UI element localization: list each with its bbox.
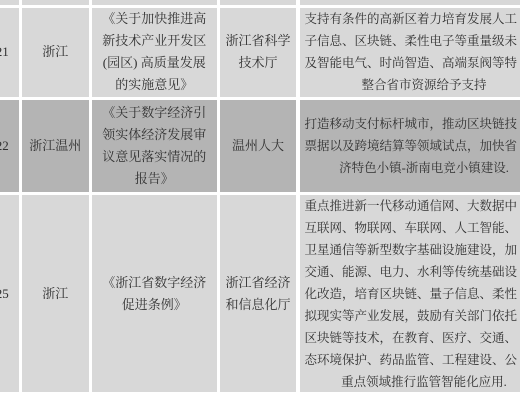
partial-row-cell (220, 0, 296, 5)
cell-text-line: 《关于加快推进高 (102, 8, 206, 30)
row-number: 21 (0, 41, 9, 63)
region-cell: 浙江 (22, 195, 89, 392)
cell-text-line: 拟现实等产业发展，鼓励有关部门依托 (305, 305, 520, 327)
row-number: 22 (0, 135, 9, 157)
content-cell: 支持有条件的高新区着力培育发展人工子信息、区块链、柔性电子等重量级未及智能电气、… (300, 8, 520, 97)
table-row-highlighted: 22 浙江温州 《关于数字经济引领实体经济发展审议意见落实情况的报告》 温州人大… (0, 100, 520, 193)
region-label: 浙江温州 (29, 135, 81, 157)
partial-row-cell (92, 0, 217, 5)
cell-text-line: 交通、能源、电力、水利等传统基础设 (305, 261, 520, 283)
cell-text-line: 促进条例》 (122, 294, 187, 316)
region-label: 浙江 (42, 41, 68, 63)
cell-text-line: 子信息、区块链、柔性电子等重量级未 (305, 30, 520, 52)
cell-text-line: 互联网、物联网、车联网、人工智能、 (305, 217, 520, 239)
policy-title-cell: 《关于数字经济引领实体经济发展审议意见落实情况的报告》 (92, 100, 217, 193)
table-row: 25 浙江 《浙江省数字经济促进条例》 浙江省经济和信息化厅 重点推进新一代移动… (0, 195, 520, 392)
cell-text-line: 《关于数字经济引 (102, 102, 206, 124)
cell-text-line: 技术厅 (238, 52, 277, 74)
region-cell: 浙江温州 (22, 100, 89, 193)
content-cell: 重点推进新一代移动通信网、大数据中互联网、物联网、车联网、人工智能、卫星通信等新… (300, 195, 520, 392)
agency-cell: 浙江省经济和信息化厅 (220, 195, 296, 392)
cell-text-line: 及智能电气、时尚智造、高端泵阀等特 (305, 52, 520, 74)
cell-text-line: 整合省市资源给予支持 (305, 74, 520, 96)
cell-text-line: 领实体经济发展审 (102, 124, 206, 146)
region-cell: 浙江 (22, 8, 89, 97)
table-row: 21 浙江 《关于加快推进高新技术产业开发区(园区) 高质量发展的实施意见》 浙… (0, 8, 520, 97)
agency-cell: 浙江省科学技术厅 (220, 8, 296, 97)
partial-row-cell (300, 0, 520, 5)
cell-text-line: 态环境保护、药品监管、工程建设、公 (305, 349, 520, 371)
cell-text-line: 票据以及跨境结算等领域试点，加快省 (305, 135, 520, 157)
partial-row-cell (0, 0, 19, 5)
cell-text-line: 重点推进新一代移动通信网、大数据中 (305, 195, 520, 217)
cell-text-line: 重点领域推行监管智能化应用. (305, 371, 520, 393)
cell-text-line: 化改造，培育区块链、量子信息、柔性 (305, 283, 520, 305)
cell-text-line: 浙江省科学 (225, 30, 290, 52)
cell-text-line: 支持有条件的高新区着力培育发展人工 (305, 8, 520, 30)
cell-text-line: 温州人大 (232, 135, 284, 157)
cell-text-line: 《浙江省数字经济 (102, 272, 206, 294)
table-row-partial (0, 0, 520, 5)
policy-title-cell: 《浙江省数字经济促进条例》 (92, 195, 217, 392)
cell-text-line: 打造移动支付标杆城市，推动区块链技 (305, 113, 520, 135)
document-table-view: 21 浙江 《关于加快推进高新技术产业开发区(园区) 高质量发展的实施意见》 浙… (0, 0, 520, 400)
content-cell: 打造移动支付标杆城市，推动区块链技票据以及跨境结算等领域试点，加快省济特色小镇-… (300, 100, 520, 193)
agency-cell: 温州人大 (220, 100, 296, 193)
row-number: 25 (0, 283, 9, 305)
cell-text-line: 报告》 (135, 168, 174, 190)
cell-text-line: 和信息化厅 (225, 294, 290, 316)
region-label: 浙江 (42, 283, 68, 305)
cell-text-line: 的实施意见》 (115, 74, 193, 96)
cell-text-line: 新技术产业开发区 (102, 30, 206, 52)
cell-text-line: 议意见落实情况的 (102, 146, 206, 168)
cell-text-line: 济特色小镇-浙南电竞小镇建设. (305, 157, 520, 179)
policy-title-cell: 《关于加快推进高新技术产业开发区(园区) 高质量发展的实施意见》 (92, 8, 217, 97)
row-number-cell: 22 (0, 100, 19, 193)
cell-text-line: 区块链等技术，在教育、医疗、交通、 (305, 327, 520, 349)
policy-table: 21 浙江 《关于加快推进高新技术产业开发区(园区) 高质量发展的实施意见》 浙… (0, 0, 520, 392)
cell-text-line: (园区) 高质量发展 (103, 52, 206, 74)
row-number-cell: 21 (0, 8, 19, 97)
cell-text-line: 卫星通信等新型数字基础设施建设，加 (305, 239, 520, 261)
row-number-cell: 25 (0, 195, 19, 392)
partial-row-cell (22, 0, 89, 5)
cell-text-line: 浙江省经济 (225, 272, 290, 294)
